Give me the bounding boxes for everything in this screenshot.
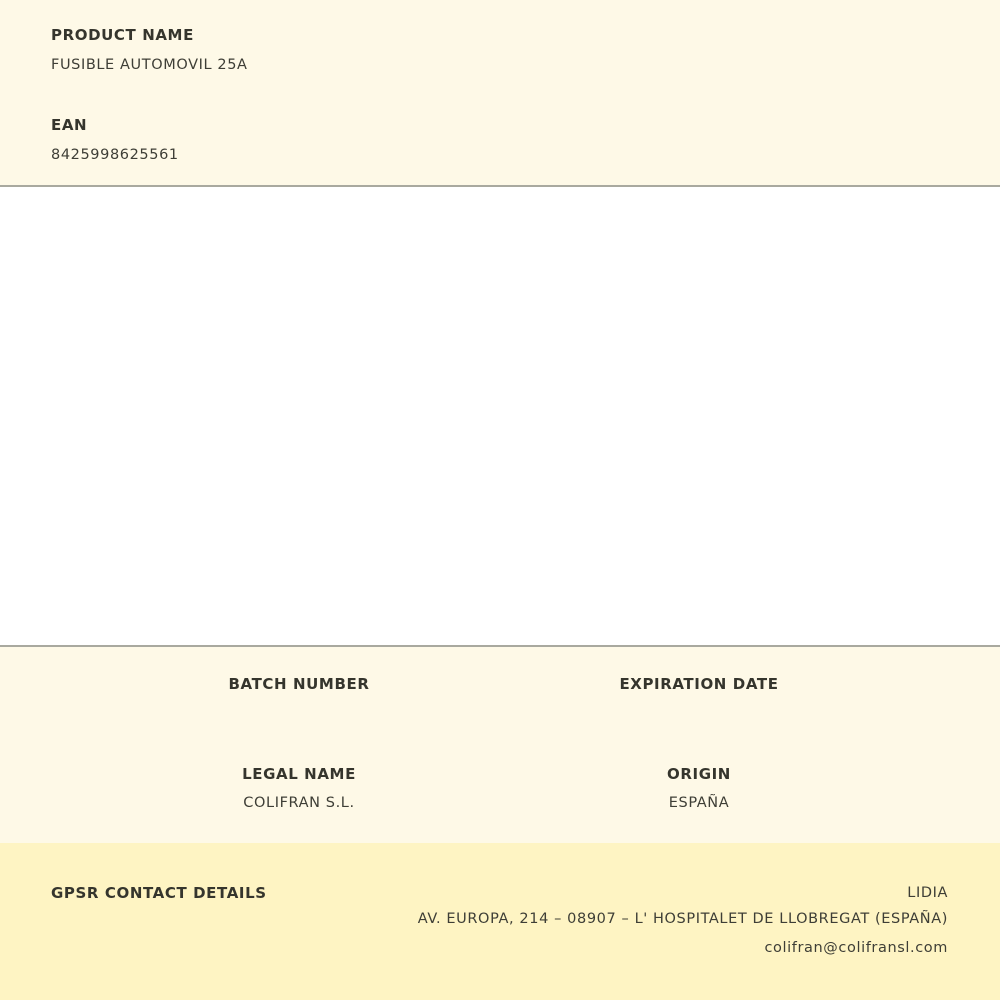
legal-name-label: LEGAL NAME [242, 765, 356, 783]
product-name-value: FUSIBLE AUTOMOVIL 25A [51, 57, 248, 73]
gpsr-contact-address: AV. EUROPA, 214 – 08907 – L' HOSPITALET … [418, 911, 948, 927]
product-info-section: PRODUCT NAME FUSIBLE AUTOMOVIL 25A EAN 8… [0, 0, 1000, 187]
gpsr-contact-label: GPSR CONTACT DETAILS [51, 884, 267, 902]
origin-label: ORIGIN [667, 765, 731, 783]
gpsr-contact-name: LIDIA [907, 885, 948, 901]
product-name-label: PRODUCT NAME [51, 26, 194, 44]
gpsr-contact-email[interactable]: colifran@colifransl.com [764, 940, 948, 956]
legal-name-value: COLIFRAN S.L. [243, 795, 354, 811]
gpsr-contact-section: GPSR CONTACT DETAILS LIDIA AV. EUROPA, 2… [0, 843, 1000, 1000]
details-section: BATCH NUMBER EXPIRATION DATE LEGAL NAME … [0, 645, 1000, 845]
blank-content-area [0, 187, 1000, 645]
ean-value: 8425998625561 [51, 147, 179, 163]
ean-label: EAN [51, 116, 87, 134]
expiration-date-label: EXPIRATION DATE [619, 675, 778, 693]
origin-value: ESPAÑA [669, 795, 729, 811]
batch-number-label: BATCH NUMBER [229, 675, 370, 693]
